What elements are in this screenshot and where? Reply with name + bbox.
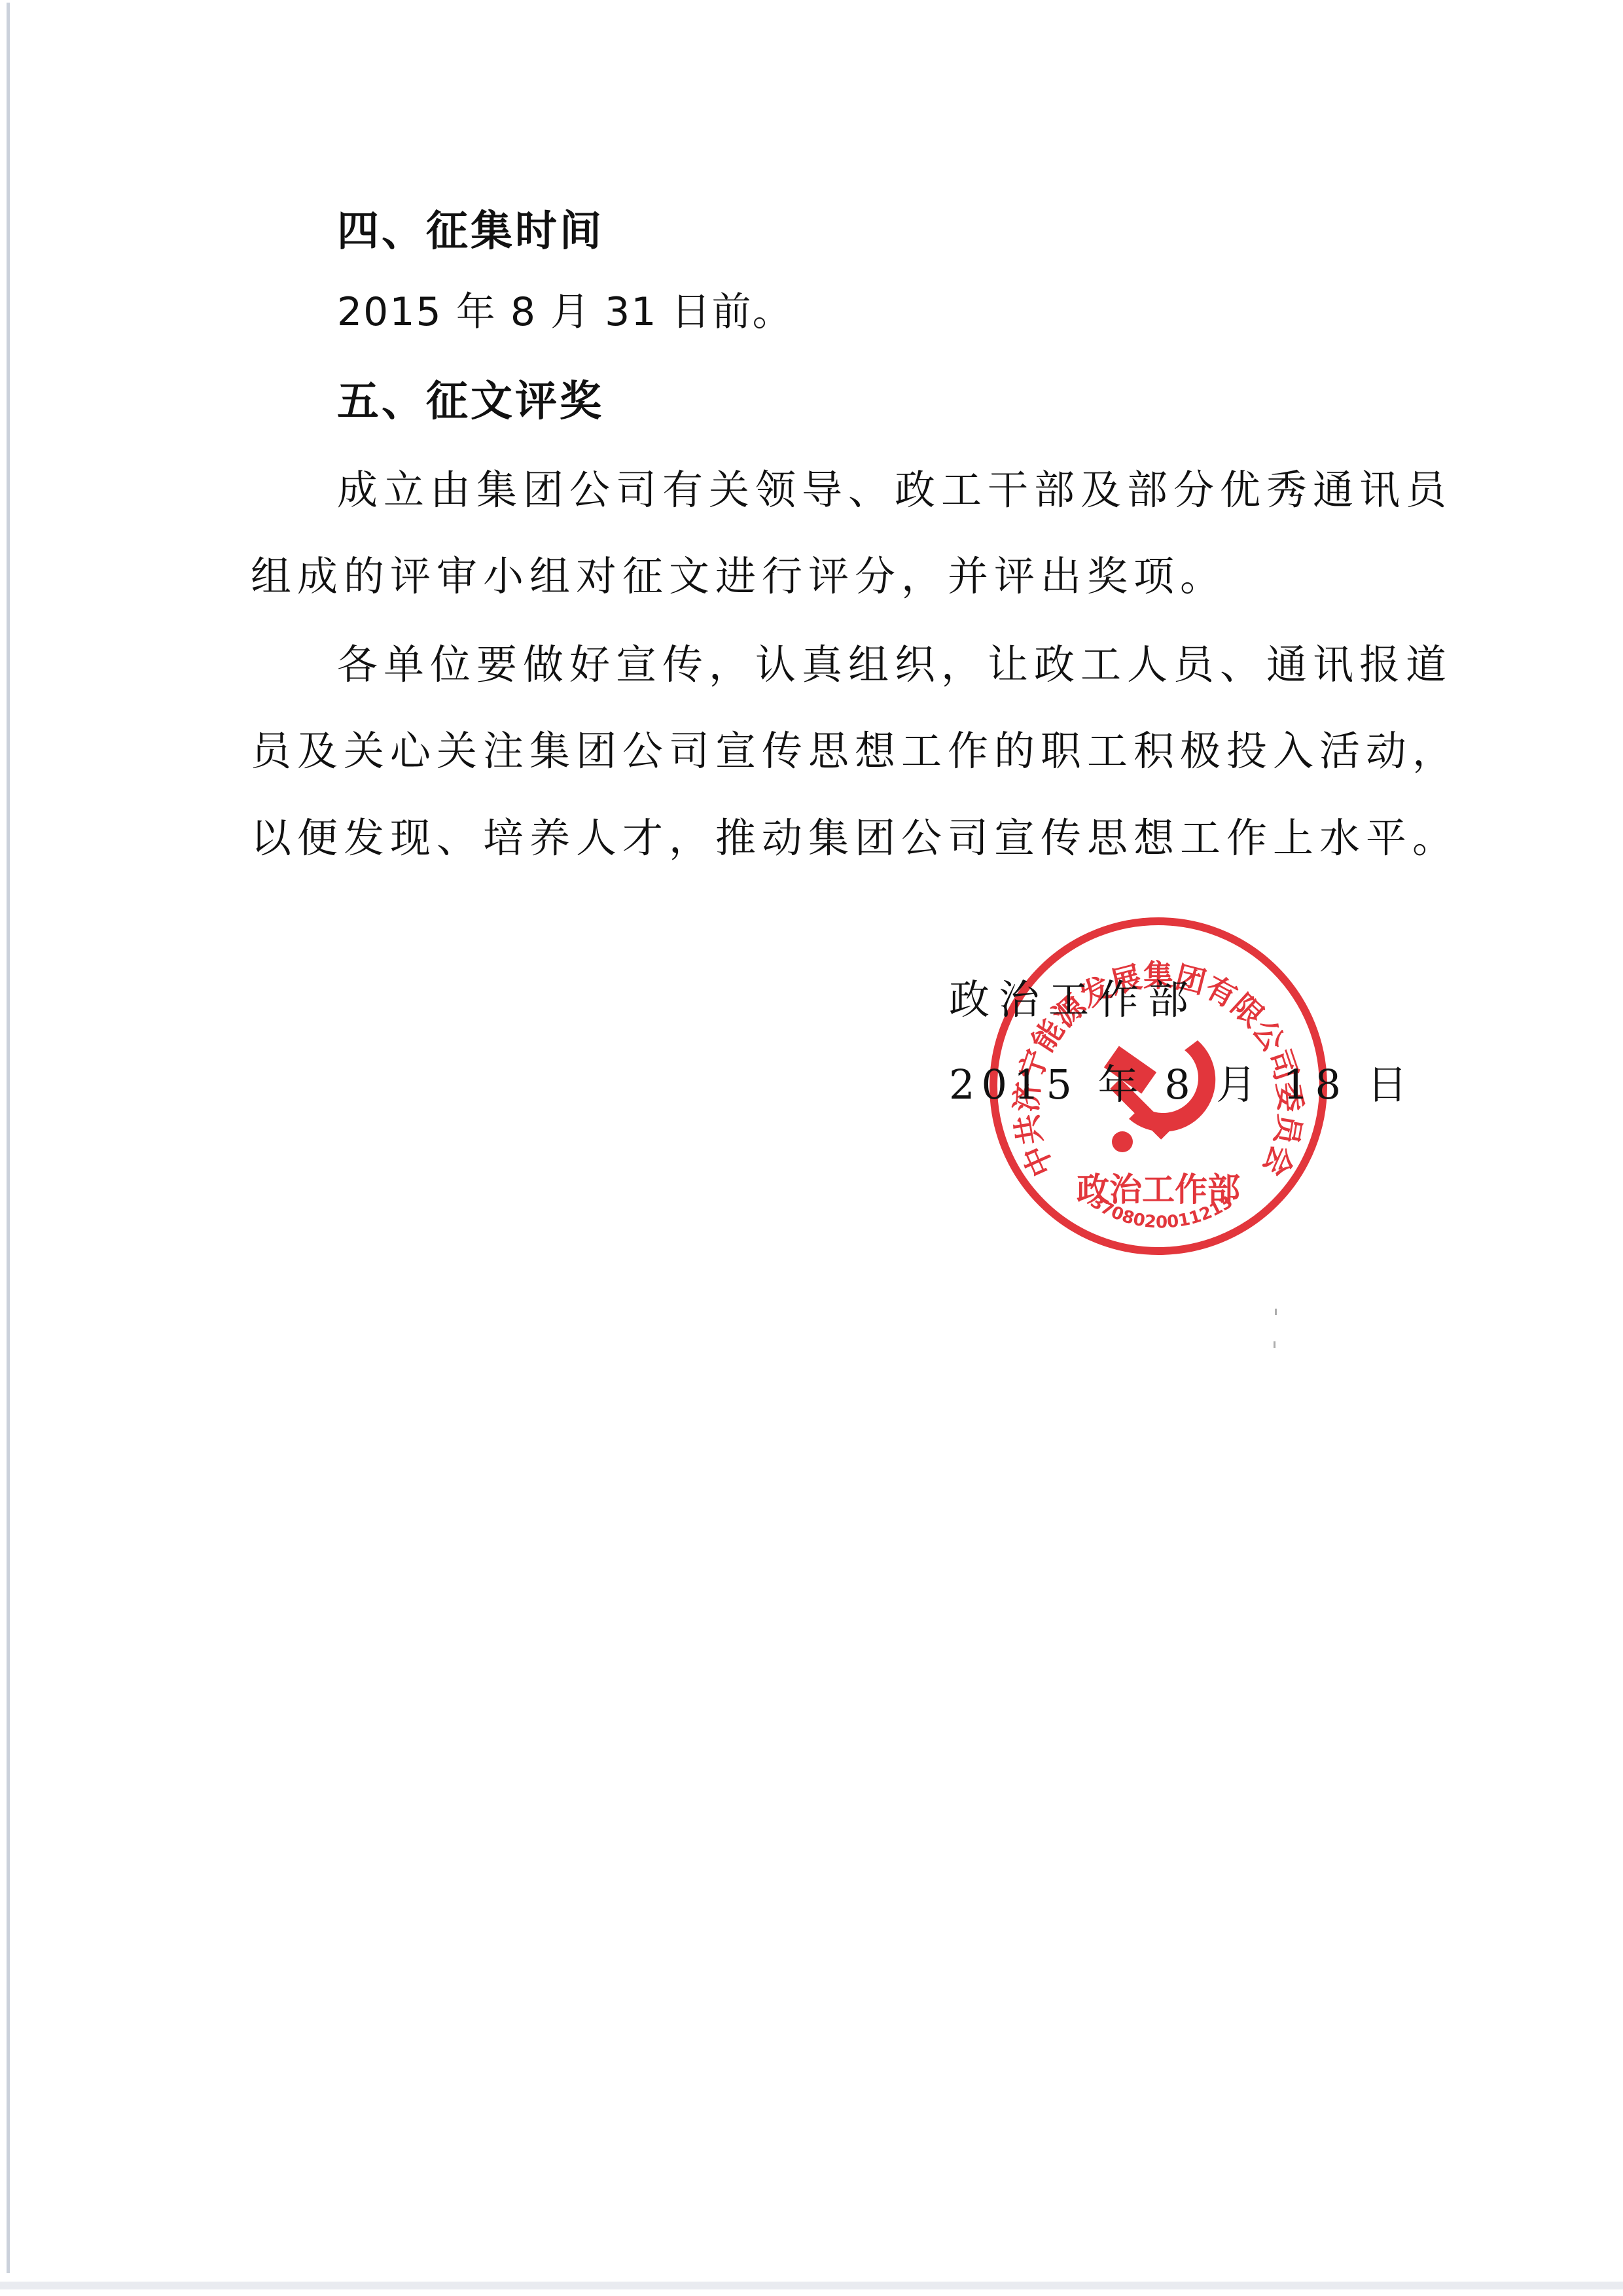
section-heading-collection-time: 四、征集时间 [337,211,604,253]
paragraph-2-line-3: 以便发现、培养人才，推动集团公司宣传思想工作上水平。 [251,818,1459,858]
document-page: 四、征集时间 2015 年 8 月 31 日前。 五、征文评奖 成立由集团公司有… [0,0,1623,2296]
paragraph-2-line-1: 各单位要做好宣传，认真组织，让政工人员、通讯报道 [337,645,1452,685]
signature-date: 2015 年 8 月 18 日 [949,1065,1414,1105]
scan-artifact [1275,1309,1277,1315]
paragraph-1-line-1: 成立由集团公司有关领导、政工干部及部分优秀通讯员 [337,470,1452,510]
scan-bottom-edge [0,2282,1623,2289]
scan-artifact [1274,1341,1275,1348]
paragraph-1-line-2: 组成的评审小组对征文进行评分，并评出奖项。 [251,556,1226,597]
section-heading-evaluation: 五、征文评奖 [337,381,604,423]
scan-edge-line [7,3,10,2273]
paragraph-2-line-2: 员及关心关注集团公司宣传思想工作的职工积极投入活动， [251,731,1459,771]
signature-department: 政治工作部 [949,980,1198,1020]
collection-deadline: 2015 年 8 月 31 日前。 [337,292,793,332]
